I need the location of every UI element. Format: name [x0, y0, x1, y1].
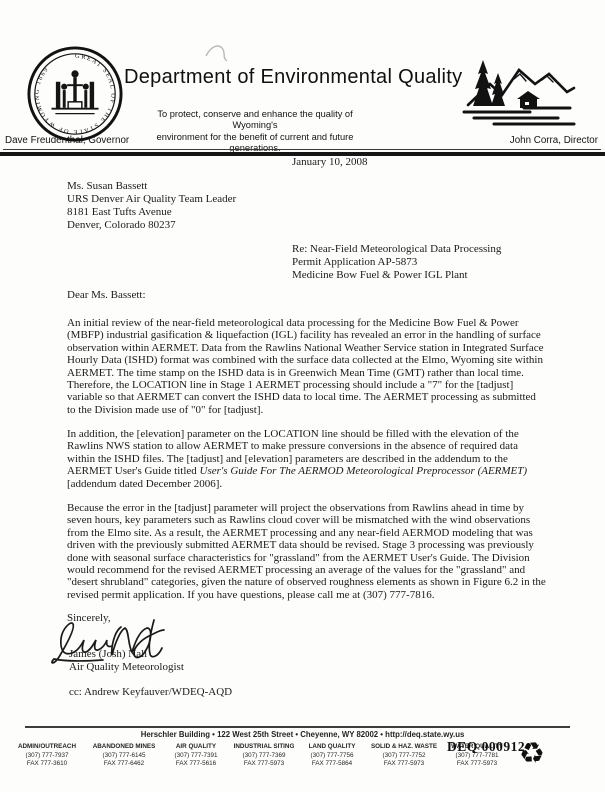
paragraph-2-italic-title: User's Guide For The AERMOD Meteorologic… — [200, 465, 528, 477]
dept-fax: FAX 777-5973 — [228, 760, 300, 769]
dept-phone: (307) 777-6145 — [84, 752, 164, 761]
footer-column: SOLID & HAZ. WASTE (307) 777-7752 FAX 77… — [364, 743, 444, 769]
director-name: John Corra, Director — [510, 135, 598, 146]
governor-name: Dave Freudenthal, Governor — [5, 135, 129, 146]
dept-phone: (307) 777-7756 — [300, 752, 364, 761]
dept-phone: (307) 777-7752 — [364, 752, 444, 761]
scanned-letter-page: GREAT SEAL OF THE STATE OF WYOMING 1869 — [0, 0, 605, 792]
re-subject-block: Re: Near-Field Meteorological Data Proce… — [292, 243, 501, 282]
dept-name: ADMIN/OUTREACH — [10, 743, 84, 752]
wyoming-state-seal-icon: GREAT SEAL OF THE STATE OF WYOMING 1869 — [26, 44, 124, 144]
salutation: Dear Ms. Bassett: — [67, 289, 146, 301]
dept-name: AIR QUALITY — [164, 743, 228, 752]
agency-title: Department of Environmental Quality — [124, 66, 484, 89]
paragraph-2-text-end: [addendum dated December 2006]. — [67, 478, 222, 490]
recipient-address-block: Ms. Susan Bassett URS Denver Air Quality… — [67, 180, 236, 232]
signer-title: Air Quality Meteorologist — [69, 661, 184, 673]
footer-column: LAND QUALITY (307) 777-7756 FAX 777-5864 — [300, 743, 364, 769]
mountain-scene-icon — [462, 55, 577, 131]
dept-phone: (307) 777-7937 — [10, 752, 84, 761]
footer-column: ABANDONED MINES (307) 777-6145 FAX 777-6… — [84, 743, 164, 769]
deq-document-number-stamp: DEQ 000912 — [447, 739, 525, 755]
footer-column: AIR QUALITY (307) 777-7391 FAX 777-5616 — [164, 743, 228, 769]
body-paragraph-3: Because the error in the [tadjust] param… — [67, 502, 547, 601]
dept-name: SOLID & HAZ. WASTE — [364, 743, 444, 752]
cc-line: cc: Andrew Keyfauver/WDEQ-AQD — [69, 686, 232, 698]
signer-name: James (Josh) Nall — [69, 648, 147, 660]
footer-divider — [25, 726, 570, 728]
dept-fax: FAX 777-5616 — [164, 760, 228, 769]
re-line: Permit Application AP-5873 — [292, 256, 501, 269]
dept-fax: FAX 777-5973 — [444, 760, 510, 769]
dept-name: LAND QUALITY — [300, 743, 364, 752]
re-line: Re: Near-Field Meteorological Data Proce… — [292, 243, 501, 256]
dept-phone: (307) 777-7369 — [228, 752, 300, 761]
tagline-line-1: To protect, conserve and enhance the qua… — [136, 109, 374, 132]
recipient-line: Denver, Colorado 80237 — [67, 219, 236, 232]
tagline-line-2: environment for the benefit of current a… — [136, 132, 374, 155]
footer-department-columns: ADMIN/OUTREACH (307) 777-7937 FAX 777-36… — [10, 743, 510, 769]
dept-fax: FAX 777-5973 — [364, 760, 444, 769]
dept-fax: FAX 777-3610 — [10, 760, 84, 769]
dept-phone: (307) 777-7391 — [164, 752, 228, 761]
footer-column: INDUSTRIAL SITING (307) 777-7369 FAX 777… — [228, 743, 300, 769]
dept-name: INDUSTRIAL SITING — [228, 743, 300, 752]
re-line: Medicine Bow Fuel & Power IGL Plant — [292, 269, 501, 282]
pencil-smudge-mark — [202, 36, 246, 68]
footer-column: ADMIN/OUTREACH (307) 777-7937 FAX 777-36… — [10, 743, 84, 769]
body-paragraph-2: In addition, the [elevation] parameter o… — [67, 428, 547, 490]
agency-tagline: To protect, conserve and enhance the qua… — [136, 109, 374, 154]
dept-fax: FAX 777-5864 — [300, 760, 364, 769]
body-paragraph-1: An initial review of the near-field mete… — [67, 317, 547, 416]
recipient-line: URS Denver Air Quality Team Leader — [67, 193, 236, 206]
dept-name: ABANDONED MINES — [84, 743, 164, 752]
recipient-line: 8181 East Tufts Avenue — [67, 206, 236, 219]
dept-fax: FAX 777-6462 — [84, 760, 164, 769]
letter-date: January 10, 2008 — [292, 156, 367, 168]
recipient-line: Ms. Susan Bassett — [67, 180, 236, 193]
header-divider-thin — [3, 149, 601, 150]
